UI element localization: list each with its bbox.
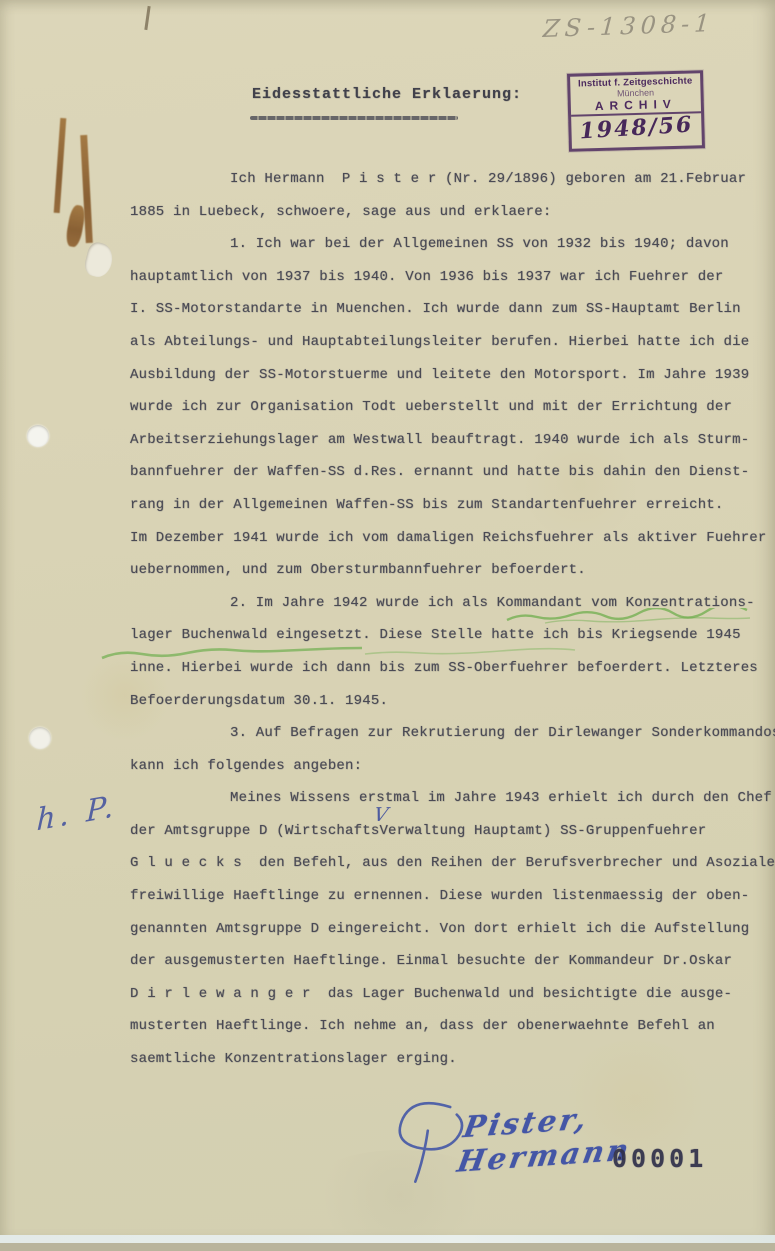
typed-line: G l u e c k s den Befehl, aus den Reihen… [130,847,770,880]
typed-line: Meines Wissens erstmal im Jahre 1943 erh… [130,782,770,815]
typed-line: musterten Haeftlinge. Ich nehme an, dass… [130,1010,770,1043]
typed-line: der Amtsgruppe D (WirtschaftsVerwaltung … [130,815,770,848]
typed-line: 2. Im Jahre 1942 wurde ich als Kommandan… [130,587,770,620]
typed-line: Ich Hermann P i s t e r (Nr. 29/1896) ge… [130,163,770,196]
punch-hole-top [27,425,49,447]
typed-line: Ausbildung der SS-Motorstuerme und leite… [130,359,770,392]
margin-initials-handwriting: h. P. [36,788,118,838]
paper-tear [82,240,115,279]
typed-line: Befoerderungsdatum 30.1. 1945. [130,685,770,718]
rust-mark [64,204,86,248]
typed-line: D i r l e w a n g e r das Lager Buchenwa… [130,978,770,1011]
typed-line: der ausgemusterten Haeftlinge. Einmal be… [130,945,770,978]
typed-line: bannfuehrer der Waffen-SS d.Res. ernannt… [130,456,770,489]
typed-line: inne. Hierbei wurde ich dann bis zum SS-… [130,652,770,685]
typed-line: hauptamtlich von 1937 bis 1940. Von 1936… [130,261,770,294]
typed-line: freiwillige Haeftlinge zu ernennen. Dies… [130,880,770,913]
typed-line: Arbeitserziehungslager am Westwall beauf… [130,424,770,457]
typed-line: lager Buchenwald eingesetzt. Diese Stell… [130,619,770,652]
archive-stamp: Institut f. Zeitgeschichte München ARCHI… [567,70,705,152]
typed-line: Im Dezember 1941 wurde ich vom damaligen… [130,522,770,555]
document-body: Ich Hermann P i s t e r (Nr. 29/1896) ge… [130,163,770,1076]
typed-line: wurde ich zur Organisation Todt ueberste… [130,391,770,424]
typed-line: I. SS-Motorstandarte in Muenchen. Ich wu… [130,293,770,326]
typed-line: 1. Ich war bei der Allgemeinen SS von 19… [130,228,770,261]
typed-line: 3. Auf Befragen zur Rekrutierung der Dir… [130,717,770,750]
rust-mark [54,118,67,213]
typed-line: rang in der Allgemeinen Waffen-SS bis zu… [130,489,770,522]
archival-code-handwriting: ZS-1308-1 [542,9,715,43]
title-underline [250,116,458,120]
typed-line: als Abteilungs- und Hauptabteilungsleite… [130,326,770,359]
document-page: ZS-1308-1 Institut f. Zeitgeschichte Mün… [0,0,775,1243]
typed-line: 1885 in Luebeck, schwoere, sage aus und … [130,196,770,229]
page-number-stamp: 00001 [612,1144,707,1173]
document-title: Eidesstattliche Erklaerung: [252,86,522,103]
typed-line: uebernommen, und zum Obersturmbannfuehre… [130,554,770,587]
typed-line: saemtliche Konzentrationslager erging. [130,1043,770,1076]
typed-line: genannten Amtsgruppe D eingereicht. Von … [130,913,770,946]
scan-edge [0,1235,775,1243]
punch-hole-bottom [29,727,51,749]
typed-line: kann ich folgendes angeben: [130,750,770,783]
pencil-tick-mark [144,6,150,30]
